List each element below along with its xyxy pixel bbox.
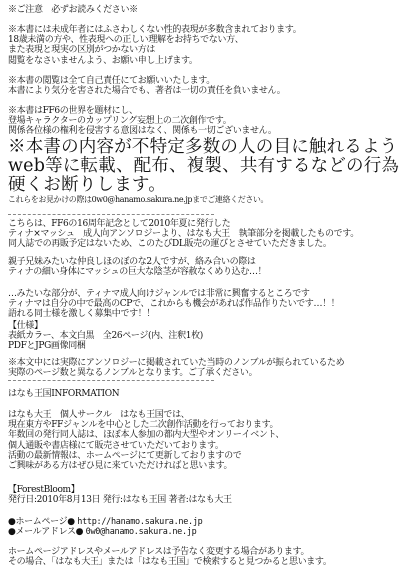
divider — [8, 214, 214, 215]
intro-line: 同人誌での再販予定はないため、このたびDL販売の運びとさせていただきました。 — [8, 239, 396, 249]
summary-line: 親子兄妹みたいな仲良しほのぼのな2人ですが、絡み合いの際は — [8, 257, 396, 267]
comment-line: …みたいな部分が、ティナマ成人向けジャンルでは非常に興奮するところです — [8, 289, 396, 299]
specs-note: ※本文中には実際にアンソロジーに掲載されていた当時のノンブルが振られているため … — [8, 358, 396, 378]
contact-note: これらをお見かけの際は0w0@hanamo.sakura.ne.jpまでご連絡く… — [8, 195, 396, 204]
fan-work-notice: ※本書はFF6の世界を題材にし、 登場キャラクターのカップリング妄想上の二次創作… — [8, 106, 396, 137]
information-line: ご興味がある方はぜひ見に来ていただければと思います。 — [8, 461, 396, 471]
adult-warning-line: 18歳未満の方や、性表現への正しい理解をお持ちでない方、 — [8, 35, 396, 45]
responsibility-notice: ※本書の閲覧は全て自己責任にてお願いいたします。 本書により気分を害された場合で… — [8, 76, 396, 96]
specs-section: 【仕様】 表紙カラー、本文白黒 全26ページ(内、注釈1枚) PDFとJPG画像… — [8, 321, 396, 352]
notice-title: ※ご注意 必ずお読みください※ — [8, 5, 396, 15]
information-body: はなも大王 個人サークル はなも王国では、 現在東方やFFジャンルを中心とした二… — [8, 410, 396, 471]
redistribution-warning: ※本書の内容が不特定多数の人の目に触れるよう web等に転載、配布、複製、共有す… — [8, 138, 396, 204]
author-comment: …みたいな部分が、ティナマ成人向けジャンルでは非常に興奮するところです ティナマ… — [8, 289, 396, 320]
colophon-details: 発行日:2010年8月13日 発行:はなも王国 著者:はなも大王 — [8, 495, 396, 505]
information-heading: はなも王国INFORMATION — [8, 389, 396, 399]
fan-work-line: 登場キャラクターのカップリング妄想上の二次創作です。 — [8, 116, 396, 126]
information-line: 現在東方やFFジャンルを中心とした二次創作活動を行っております。 — [8, 420, 396, 430]
information-line: 年数回の発行同人誌は、ほぼ本人参加の都内大型やオンリーイベント、 — [8, 430, 396, 440]
homepage-url[interactable]: http://hanamo.sakura.ne.jp — [77, 517, 202, 527]
description-intro: こちらは、FF6の16周年記念として2010年夏に発行した ティナ×マッシュ 成… — [8, 219, 396, 250]
fan-work-line: 関係各位様の権利を侵害する意図はなく、関係も一切ございません。 — [8, 126, 396, 136]
information-line: 個人通販や書店様にて販売させていただいております。 — [8, 441, 396, 451]
email-label: ●メールアドレス● — [8, 527, 83, 537]
contact-links: ●ホームページ● http://hanamo.sakura.ne.jp ●メール… — [8, 517, 396, 537]
comment-line: 語れる同士様を激しく募集中です！！ — [8, 309, 396, 319]
summary-line: ティナの細い身体にマッシュの巨大な陰茎が容赦なくめり込む…！ — [8, 267, 396, 277]
notice-section: ※ご注意 必ずお読みください※ — [8, 5, 396, 15]
document-page: ※ご注意 必ずお読みください※ ※本書には未成年者にはふさわしくない性的表現が多… — [0, 0, 400, 568]
footer-note: ホームページアドレスやメールアドレスは予告なく変更する場合があります。 その場合… — [8, 547, 396, 567]
fan-work-line: ※本書はFF6の世界を題材にし、 — [8, 106, 396, 116]
specs-line: PDFとJPG画像同梱 — [8, 341, 396, 351]
divider — [8, 380, 214, 381]
information-line: 活動の最新情報は、ホームページにて更新しておりますので — [8, 451, 396, 461]
specs-line: 表紙カラー、本文白黒 全26ページ(内、注釈1枚) — [8, 331, 396, 341]
footer-line: ホームページアドレスやメールアドレスは予告なく変更する場合があります。 — [8, 547, 396, 557]
specs-note-line: ※本文中には実際にアンソロジーに掲載されていた当時のノンブルが振られているため — [8, 358, 396, 368]
specs-heading: 【仕様】 — [8, 321, 396, 331]
big-warning-line: ※本書の内容が不特定多数の人の目に触れるよう — [8, 138, 396, 157]
intro-line: ティナ×マッシュ 成人向アンソロジーより、はなも大王 執筆部分を掲載したものです… — [8, 229, 396, 239]
description-summary: 親子兄妹みたいな仲良しほのぼのな2人ですが、絡み合いの際は ティナの細い身体にマ… — [8, 257, 396, 277]
responsibility-line: 本書により気分を害された場合でも、著者は一切の責任を負いません。 — [8, 86, 396, 96]
big-warning-line: 硬くお断りします。 — [8, 176, 396, 195]
adult-warning-line: 閲覧をなさいませんよう、お願い申し上げます。 — [8, 56, 396, 66]
responsibility-line: ※本書の閲覧は全て自己責任にてお願いいたします。 — [8, 76, 396, 86]
email-address[interactable]: 0w0@hanamo.sakura.ne.jp — [86, 527, 197, 537]
adult-warning-line: また表現と現実の区別がつかない方は — [8, 45, 396, 55]
homepage-label: ●ホームページ● — [8, 517, 75, 527]
specs-note-line: 実際のページ数と異なるノンブルとなります。ご了承ください。 — [8, 368, 396, 378]
intro-line: こちらは、FF6の16周年記念として2010年夏に発行した — [8, 219, 396, 229]
big-warning-line: web等に転載、配布、複製、共有するなどの行為を — [8, 157, 396, 176]
email-row: ●メールアドレス● 0w0@hanamo.sakura.ne.jp — [8, 527, 396, 537]
information-line: はなも大王 個人サークル はなも王国では、 — [8, 410, 396, 420]
colophon: 【ForestBloom】 発行日:2010年8月13日 発行:はなも王国 著者… — [8, 485, 396, 505]
comment-line: ティナマは自分の中で最高のCPで、これからも機会があれば作品作りたいです…！！ — [8, 299, 396, 309]
footer-line: その場合、「はなも大王」または「はなも王国」で検索すると見つかると思います。 — [8, 557, 396, 567]
adult-warning-line: ※本書には未成年者にはふさわしくない性的表現が多数含まれております。 — [8, 25, 396, 35]
adult-warning: ※本書には未成年者にはふさわしくない性的表現が多数含まれております。 18歳未満… — [8, 25, 396, 66]
colophon-title: 【ForestBloom】 — [8, 485, 396, 495]
information-section: はなも王国INFORMATION — [8, 389, 396, 399]
homepage-row: ●ホームページ● http://hanamo.sakura.ne.jp — [8, 517, 396, 527]
